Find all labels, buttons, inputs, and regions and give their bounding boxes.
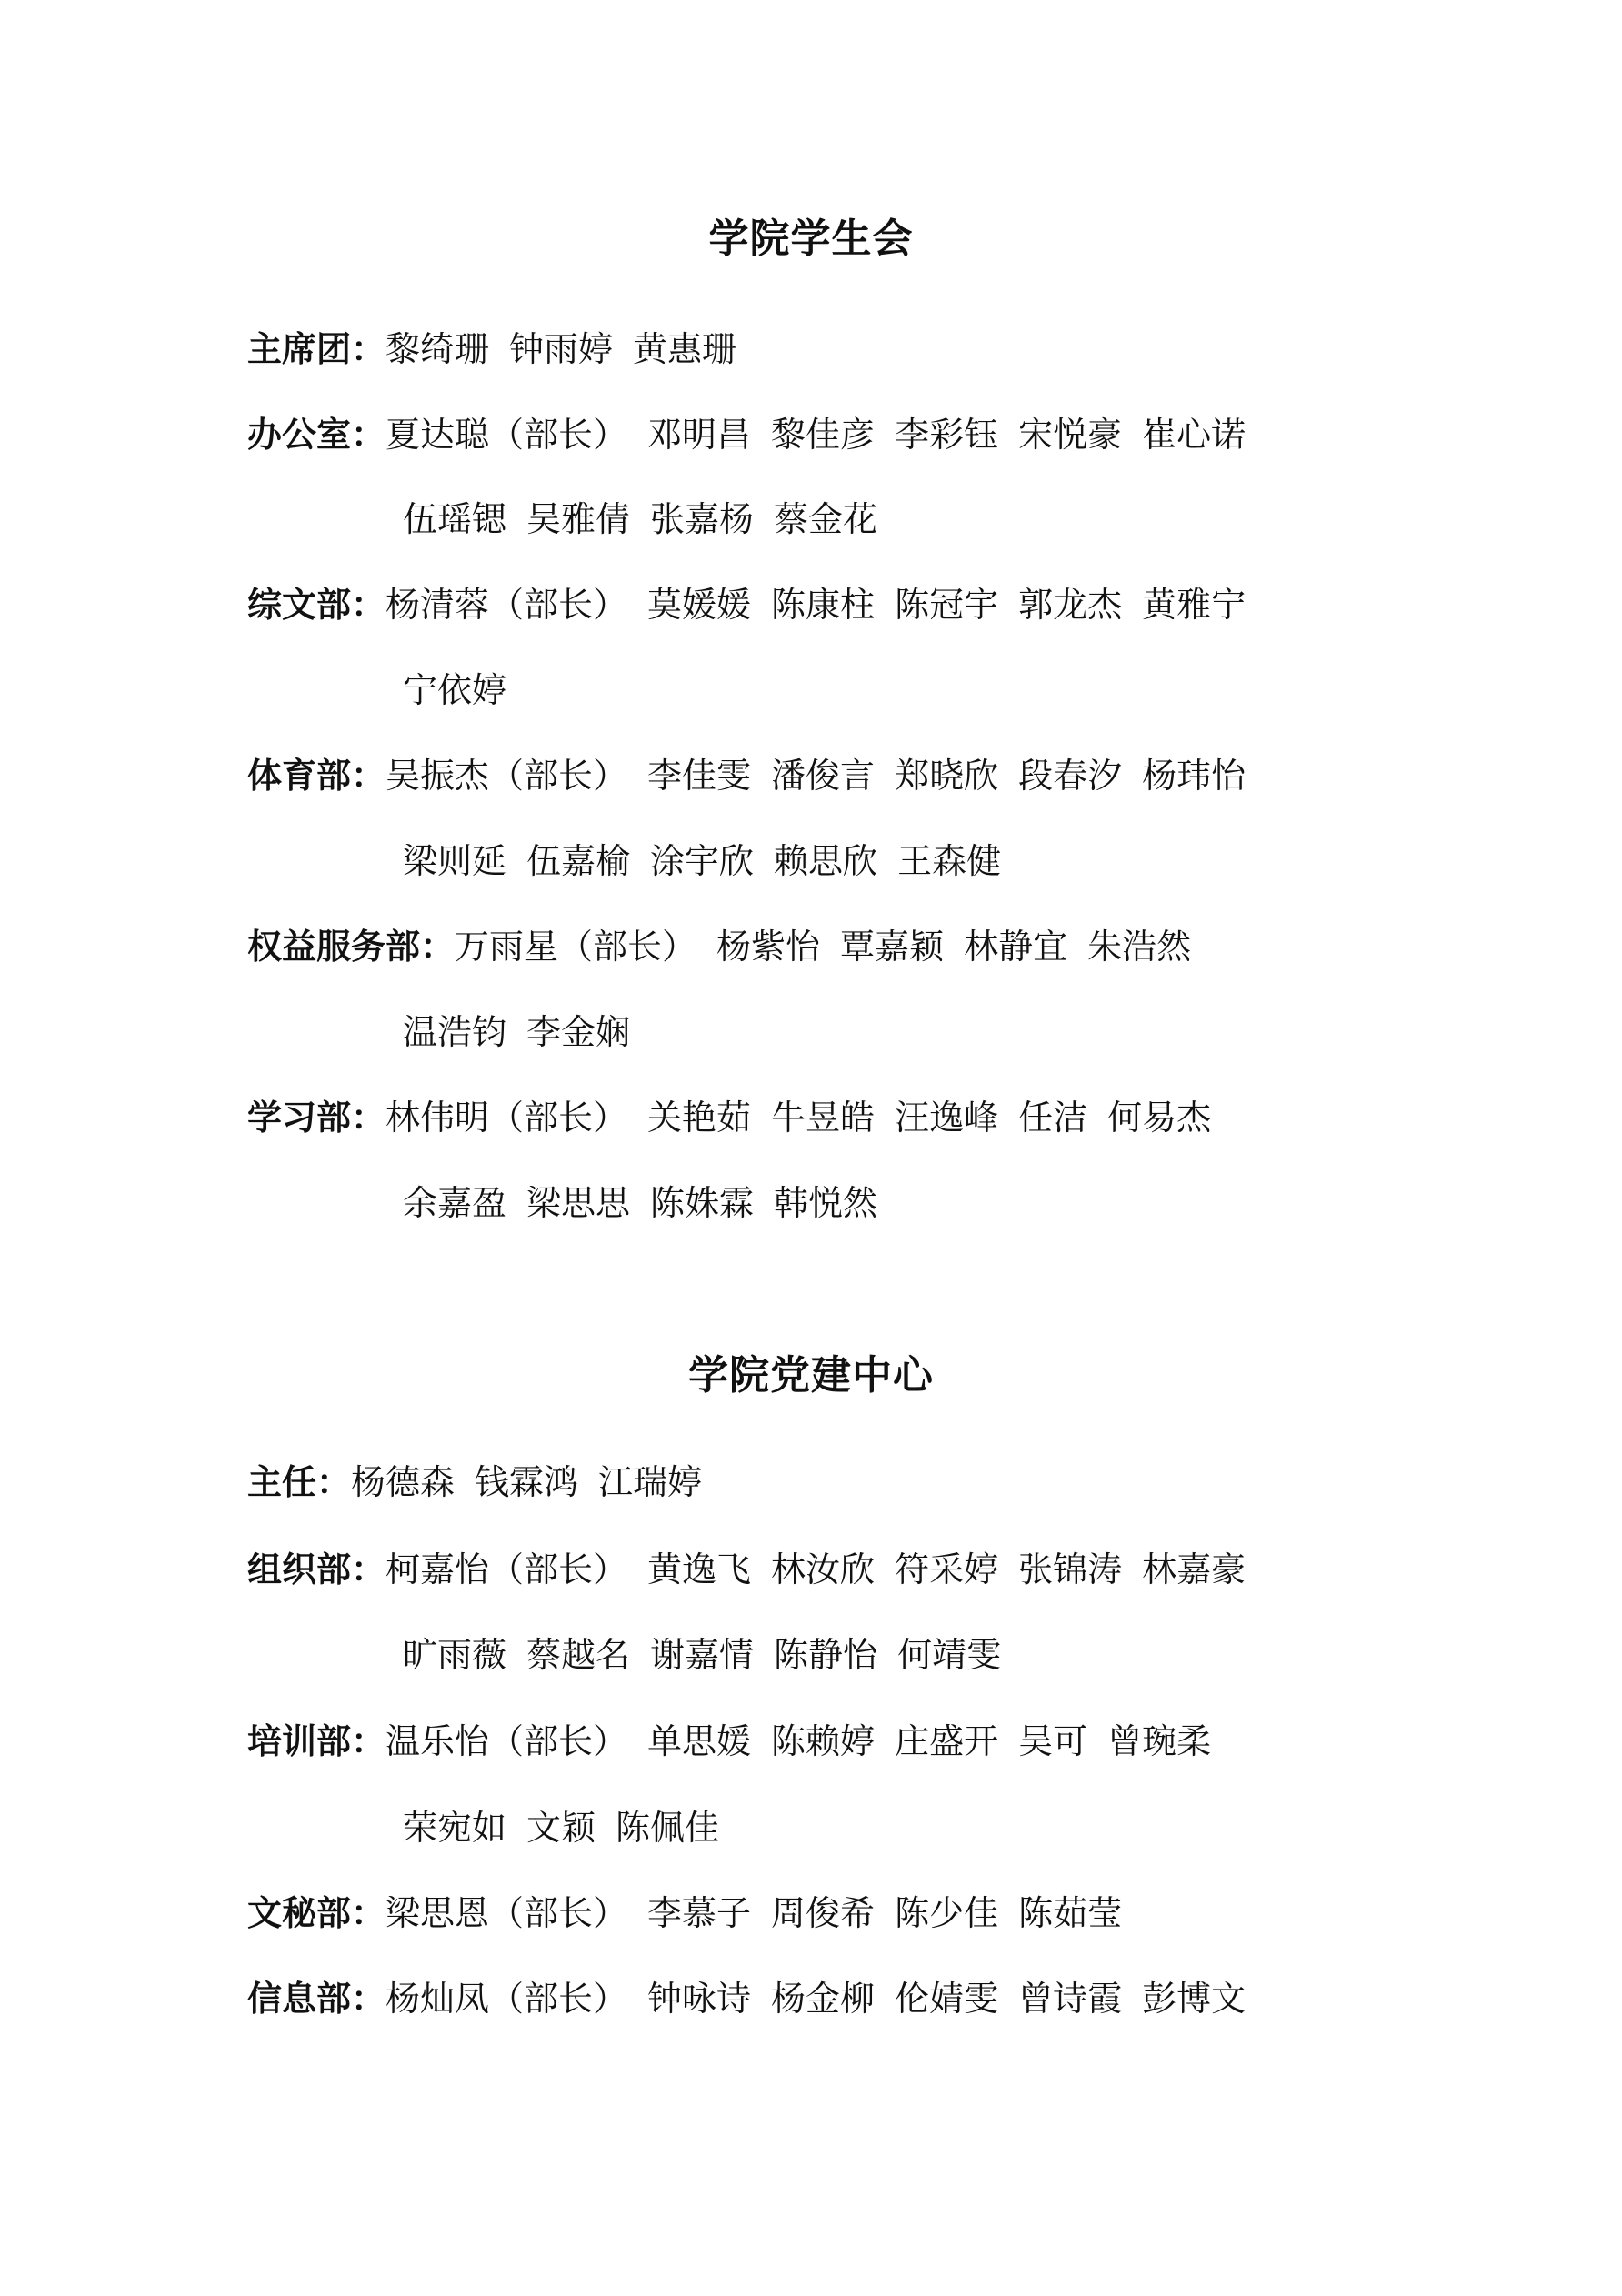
- member-names: 柯嘉怡（部长）黄逸飞林汝欣符采婷张锦涛林嘉豪: [385, 1549, 1266, 1589]
- member-name: 陈姝霖: [650, 1183, 754, 1223]
- department-row-continuation: 余嘉盈梁思思陈姝霖韩悦然: [403, 1176, 897, 1230]
- member-names: 旷雨薇蔡越名谢嘉情陈静怡何靖雯: [403, 1635, 1021, 1675]
- member-name: 覃嘉颖: [840, 927, 944, 967]
- department-label: 综文部：: [247, 585, 385, 625]
- member-name: 汪逸峰: [895, 1098, 998, 1138]
- member-name: 钱霖鸿: [475, 1462, 578, 1502]
- department-row: 主任：杨德森钱霖鸿江瑞婷: [247, 1455, 722, 1509]
- department-row: 文秘部：梁思恩（部长）李慕子周俊希陈少佳陈茹莹: [247, 1886, 1142, 1940]
- member-name: 柯嘉怡（部长）: [385, 1549, 627, 1589]
- member-name: 曾诗霞: [1018, 1979, 1122, 2019]
- member-name: 陈赖婷: [771, 1721, 875, 1761]
- member-names: 伍瑶锶吴雅倩张嘉杨蔡金花: [403, 499, 897, 539]
- department-label: 文秘部：: [247, 1893, 385, 1933]
- member-name: 黎绮珊: [385, 329, 489, 369]
- member-names: 林伟明（部长）关艳茹牛昱皓汪逸峰任洁何易杰: [385, 1098, 1231, 1138]
- member-name: 单思媛: [647, 1721, 751, 1761]
- member-name: 梁思思: [526, 1183, 630, 1223]
- member-name: 涂宇欣: [650, 841, 754, 881]
- department-row-continuation: 荣宛如文颖陈佩佳: [403, 1800, 739, 1855]
- member-name: 陈少佳: [895, 1893, 998, 1933]
- member-names: 杨清蓉（部长）莫媛媛陈康柱陈冠宇郭龙杰黄雅宁: [385, 585, 1266, 625]
- department-row: 综文部：杨清蓉（部长）莫媛媛陈康柱陈冠宇郭龙杰黄雅宁: [247, 577, 1266, 632]
- member-name: 杨玮怡: [1142, 756, 1246, 796]
- member-name: 彭博文: [1142, 1979, 1246, 2019]
- department-label: 主席团：: [247, 329, 385, 369]
- member-name: 钟雨婷: [509, 329, 613, 369]
- member-name: 关艳茹: [647, 1098, 751, 1138]
- department-label: 权益服务部：: [247, 927, 455, 967]
- member-name: 周俊希: [771, 1893, 875, 1933]
- member-name: 陈冠宇: [895, 585, 998, 625]
- member-name: 黄惠珊: [633, 329, 736, 369]
- member-name: 旷雨薇: [403, 1635, 506, 1675]
- member-name: 杨灿凤（部长）: [385, 1979, 627, 2019]
- member-names: 余嘉盈梁思思陈姝霖韩悦然: [403, 1183, 897, 1223]
- department-label: 主任：: [247, 1462, 351, 1502]
- member-name: 李彩钰: [895, 415, 998, 455]
- member-name: 文颖: [526, 1808, 596, 1848]
- member-name: 郭龙杰: [1018, 585, 1122, 625]
- member-names: 梁则延伍嘉榆涂宇欣赖思欣王森健: [403, 841, 1021, 881]
- member-name: 谢嘉情: [650, 1635, 754, 1675]
- member-name: 林伟明（部长）: [385, 1098, 627, 1138]
- member-name: 伍嘉榆: [526, 841, 630, 881]
- member-name: 陈静怡: [774, 1635, 877, 1675]
- member-name: 杨德森: [351, 1462, 455, 1502]
- department-label: 组织部：: [247, 1549, 385, 1589]
- member-name: 夏达聪（部长）: [385, 415, 627, 455]
- department-row: 权益服务部：万雨星（部长）杨紫怡覃嘉颖林静宜朱浩然: [247, 919, 1211, 974]
- member-names: 温浩钧李金娴: [403, 1012, 650, 1052]
- department-row: 组织部：柯嘉怡（部长）黄逸飞林汝欣符采婷张锦涛林嘉豪: [247, 1542, 1266, 1597]
- member-name: 何易杰: [1107, 1098, 1211, 1138]
- member-name: 赖思欣: [774, 841, 877, 881]
- member-name: 朱浩然: [1087, 927, 1191, 967]
- member-name: 何靖雯: [897, 1635, 1001, 1675]
- department-row: 办公室：夏达聪（部长）邓明昌黎佳彦李彩钰宋悦豪崔心诺: [247, 407, 1266, 462]
- member-name: 杨清蓉（部长）: [385, 585, 627, 625]
- member-name: 陈佩佳: [616, 1808, 719, 1848]
- member-name: 邓明昌: [647, 415, 751, 455]
- member-name: 林嘉豪: [1142, 1549, 1246, 1589]
- department-row: 学习部：林伟明（部长）关艳茹牛昱皓汪逸峰任洁何易杰: [247, 1090, 1231, 1145]
- member-name: 李慕子: [647, 1893, 751, 1933]
- department-row: 主席团：黎绮珊钟雨婷黄惠珊: [247, 322, 756, 376]
- member-name: 牛昱皓: [771, 1098, 875, 1138]
- department-row-continuation: 梁则延伍嘉榆涂宇欣赖思欣王森健: [403, 834, 1021, 888]
- member-names: 万雨星（部长）杨紫怡覃嘉颖林静宜朱浩然: [455, 927, 1211, 967]
- member-name: 万雨星（部长）: [455, 927, 696, 967]
- member-name: 宋悦豪: [1018, 415, 1122, 455]
- department-row: 体育部：吴振杰（部长）李佳雯潘俊言郑晓欣段春汐杨玮怡: [247, 748, 1266, 803]
- department-label: 信息部：: [247, 1979, 385, 2019]
- member-name: 荣宛如: [403, 1808, 506, 1848]
- member-name: 郑晓欣: [895, 756, 998, 796]
- member-name: 张锦涛: [1018, 1549, 1122, 1589]
- department-row-continuation: 宁依婷: [403, 663, 526, 717]
- section-title-student-union: 学院学生会: [0, 212, 1622, 266]
- member-name: 伦婧雯: [895, 1979, 998, 2019]
- member-names: 荣宛如文颖陈佩佳: [403, 1808, 739, 1848]
- member-names: 夏达聪（部长）邓明昌黎佳彦李彩钰宋悦豪崔心诺: [385, 415, 1266, 455]
- member-name: 伍瑶锶: [403, 499, 506, 539]
- member-name: 王森健: [897, 841, 1001, 881]
- member-name: 崔心诺: [1142, 415, 1246, 455]
- department-row: 培训部：温乐怡（部长）单思媛陈赖婷庄盛开吴可曾琬柔: [247, 1714, 1231, 1769]
- member-name: 曾琬柔: [1107, 1721, 1211, 1761]
- department-label: 体育部：: [247, 756, 385, 796]
- member-name: 黄雅宁: [1142, 585, 1246, 625]
- member-name: 黎佳彦: [771, 415, 875, 455]
- member-name: 潘俊言: [771, 756, 875, 796]
- member-name: 韩悦然: [774, 1183, 877, 1223]
- department-label: 培训部：: [247, 1721, 385, 1761]
- member-name: 余嘉盈: [403, 1183, 506, 1223]
- department-row-continuation: 温浩钧李金娴: [403, 1005, 650, 1059]
- member-name: 蔡越名: [526, 1635, 630, 1675]
- member-names: 杨德森钱霖鸿江瑞婷: [351, 1462, 722, 1502]
- member-name: 钟咏诗: [647, 1979, 751, 2019]
- department-label: 学习部：: [247, 1098, 385, 1138]
- member-name: 江瑞婷: [598, 1462, 702, 1502]
- member-name: 庄盛开: [895, 1721, 998, 1761]
- member-name: 莫媛媛: [647, 585, 751, 625]
- member-name: 李金娴: [526, 1012, 630, 1052]
- member-name: 吴振杰（部长）: [385, 756, 627, 796]
- member-name: 温乐怡（部长）: [385, 1721, 627, 1761]
- member-name: 杨金柳: [771, 1979, 875, 2019]
- department-row-continuation: 旷雨薇蔡越名谢嘉情陈静怡何靖雯: [403, 1628, 1021, 1682]
- member-name: 陈康柱: [771, 585, 875, 625]
- member-name: 杨紫怡: [716, 927, 820, 967]
- member-names: 吴振杰（部长）李佳雯潘俊言郑晓欣段春汐杨玮怡: [385, 756, 1266, 796]
- member-name: 黄逸飞: [647, 1549, 751, 1589]
- member-names: 梁思恩（部长）李慕子周俊希陈少佳陈茹莹: [385, 1893, 1142, 1933]
- member-name: 吴雅倩: [526, 499, 630, 539]
- member-name: 温浩钧: [403, 1012, 506, 1052]
- member-name: 段春汐: [1018, 756, 1122, 796]
- department-label: 办公室：: [247, 415, 385, 455]
- member-name: 梁思恩（部长）: [385, 1893, 627, 1933]
- member-names: 黎绮珊钟雨婷黄惠珊: [385, 329, 756, 369]
- member-name: 任洁: [1018, 1098, 1087, 1138]
- member-names: 宁依婷: [403, 670, 526, 710]
- member-name: 陈茹莹: [1018, 1893, 1122, 1933]
- member-name: 符采婷: [895, 1549, 998, 1589]
- member-name: 张嘉杨: [650, 499, 754, 539]
- member-names: 温乐怡（部长）单思媛陈赖婷庄盛开吴可曾琬柔: [385, 1721, 1231, 1761]
- department-row: 信息部：杨灿凤（部长）钟咏诗杨金柳伦婧雯曾诗霞彭博文: [247, 1971, 1266, 2026]
- member-name: 蔡金花: [774, 499, 877, 539]
- member-name: 林静宜: [964, 927, 1067, 967]
- section-title-party-center: 学院党建中心: [0, 1349, 1622, 1403]
- department-row-continuation: 伍瑶锶吴雅倩张嘉杨蔡金花: [403, 492, 897, 546]
- member-name: 吴可: [1018, 1721, 1087, 1761]
- member-name: 林汝欣: [771, 1549, 875, 1589]
- member-name: 梁则延: [403, 841, 506, 881]
- member-names: 杨灿凤（部长）钟咏诗杨金柳伦婧雯曾诗霞彭博文: [385, 1979, 1266, 2019]
- member-name: 宁依婷: [403, 670, 506, 710]
- member-name: 李佳雯: [647, 756, 751, 796]
